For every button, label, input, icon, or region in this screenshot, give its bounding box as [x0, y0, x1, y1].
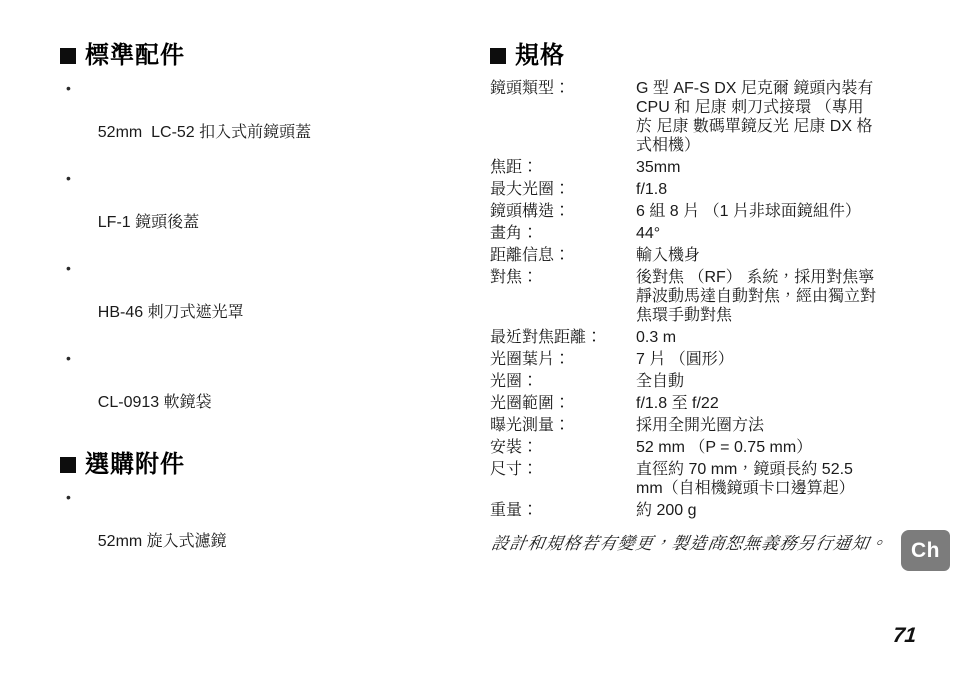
- accessories-column: 標準配件 • 52mm LC-52 扣入式前鏡頭蓋 • LF-1 鏡頭後蓋 • …: [60, 42, 460, 576]
- design-change-note: 設計和規格若有變更，製造商恕無義務另行通知。: [490, 533, 905, 554]
- section-heading: 選購附件: [60, 451, 460, 479]
- spec-label: 曝光測量：: [490, 416, 636, 435]
- section-heading: 標準配件: [60, 42, 460, 70]
- spec-label: 尺寸：: [490, 460, 636, 479]
- accessory-item-label: 52mm 旋入式濾鏡: [98, 533, 227, 550]
- spec-row: 對焦： 後對焦 （RF） 系統，採用對焦寧靜波動馬達自動對焦，經由獨立對焦環手動…: [490, 268, 902, 325]
- spec-row: 光圈範圍： f/1.8 至 f/22: [490, 394, 902, 413]
- spec-value: 約 200 g: [636, 501, 876, 520]
- page-number: 71: [892, 624, 935, 648]
- specs-title: 規格: [515, 42, 565, 70]
- spec-value: 35mm: [636, 158, 876, 177]
- section-square-icon: [490, 48, 506, 64]
- manual-page: 標準配件 • 52mm LC-52 扣入式前鏡頭蓋 • LF-1 鏡頭後蓋 • …: [0, 0, 954, 677]
- accessory-list: • 52mm 旋入式濾鏡: [60, 486, 460, 576]
- spec-label: 對焦：: [490, 268, 636, 287]
- spec-row: 鏡頭構造： 6 組 8 片 （1 片非球面鏡組件）: [490, 202, 902, 221]
- spec-row: 距離信息： 輸入機身: [490, 246, 902, 265]
- section-square-icon: [60, 457, 76, 473]
- spec-value: 全自動: [636, 372, 876, 391]
- spec-label: 畫角：: [490, 224, 636, 243]
- spec-value: 輸入機身: [636, 246, 876, 265]
- section-square-icon: [60, 48, 76, 64]
- spec-value: 6 組 8 片 （1 片非球面鏡組件）: [636, 202, 876, 221]
- bullet-icon: •: [66, 77, 71, 100]
- spec-label: 光圈葉片：: [490, 350, 636, 369]
- spec-value: 後對焦 （RF） 系統，採用對焦寧靜波動馬達自動對焦，經由獨立對焦環手動對焦: [636, 268, 876, 325]
- bullet-icon: •: [66, 257, 71, 280]
- accessory-section: 標準配件 • 52mm LC-52 扣入式前鏡頭蓋 • LF-1 鏡頭後蓋 • …: [60, 42, 460, 437]
- accessory-item: • 52mm 旋入式濾鏡: [66, 486, 460, 576]
- spec-label: 重量：: [490, 501, 636, 520]
- spec-value: f/1.8: [636, 180, 876, 199]
- spec-label: 焦距：: [490, 158, 636, 177]
- spec-value: 7 片 （圓形）: [636, 350, 876, 369]
- spec-label: 鏡頭構造：: [490, 202, 636, 221]
- specs-heading: 規格: [490, 42, 902, 70]
- accessory-item: • LF-1 鏡頭後蓋: [66, 167, 460, 257]
- accessory-item: • CL-0913 軟鏡袋: [66, 347, 460, 437]
- accessory-section: 選購附件 • 52mm 旋入式濾鏡: [60, 451, 460, 576]
- specs-column: 規格 鏡頭類型： G 型 AF-S DX 尼克爾 鏡頭內裝有 CPU 和 尼康 …: [490, 42, 902, 554]
- spec-value: 44°: [636, 224, 876, 243]
- spec-row: 重量： 約 200 g: [490, 501, 902, 520]
- accessory-item: • 52mm LC-52 扣入式前鏡頭蓋: [66, 77, 460, 167]
- spec-value: 直徑約 70 mm，鏡頭長約 52.5 mm（自相機鏡頭卡口邊算起）: [636, 460, 876, 498]
- spec-label: 距離信息：: [490, 246, 636, 265]
- bullet-icon: •: [66, 486, 71, 509]
- accessory-list: • 52mm LC-52 扣入式前鏡頭蓋 • LF-1 鏡頭後蓋 • HB-46…: [60, 77, 460, 437]
- spec-label: 光圈範圍：: [490, 394, 636, 413]
- accessory-item: • HB-46 刺刀式遮光罩: [66, 257, 460, 347]
- spec-row: 光圈： 全自動: [490, 372, 902, 391]
- spec-row: 畫角： 44°: [490, 224, 902, 243]
- bullet-icon: •: [66, 167, 71, 190]
- spec-value: G 型 AF-S DX 尼克爾 鏡頭內裝有 CPU 和 尼康 刺刀式接環 （專用…: [636, 79, 876, 155]
- spec-table: 鏡頭類型： G 型 AF-S DX 尼克爾 鏡頭內裝有 CPU 和 尼康 刺刀式…: [490, 79, 902, 520]
- spec-label: 光圈：: [490, 372, 636, 391]
- accessory-item-label: LF-1 鏡頭後蓋: [98, 214, 199, 231]
- accessory-item-label: 52mm LC-52 扣入式前鏡頭蓋: [98, 124, 311, 141]
- spec-value: 採用全開光圈方法: [636, 416, 876, 435]
- language-tab-ch: Ch: [901, 530, 950, 571]
- spec-row: 最大光圈： f/1.8: [490, 180, 902, 199]
- spec-row: 安裝： 52 mm （P = 0.75 mm）: [490, 438, 902, 457]
- spec-row: 尺寸： 直徑約 70 mm，鏡頭長約 52.5 mm（自相機鏡頭卡口邊算起）: [490, 460, 902, 498]
- accessory-item-label: CL-0913 軟鏡袋: [98, 394, 212, 411]
- accessory-item-label: HB-46 刺刀式遮光罩: [98, 304, 244, 321]
- spec-value: 0.3 m: [636, 328, 876, 347]
- spec-label: 最大光圈：: [490, 180, 636, 199]
- spec-label: 安裝：: [490, 438, 636, 457]
- spec-label: 鏡頭類型：: [490, 79, 636, 98]
- section-title: 選購附件: [85, 451, 185, 479]
- bullet-icon: •: [66, 347, 71, 370]
- section-title: 標準配件: [85, 42, 185, 70]
- spec-row: 焦距： 35mm: [490, 158, 902, 177]
- spec-value: 52 mm （P = 0.75 mm）: [636, 438, 876, 457]
- spec-row: 鏡頭類型： G 型 AF-S DX 尼克爾 鏡頭內裝有 CPU 和 尼康 刺刀式…: [490, 79, 902, 155]
- spec-row: 曝光測量： 採用全開光圈方法: [490, 416, 902, 435]
- spec-row: 最近對焦距離： 0.3 m: [490, 328, 902, 347]
- spec-value: f/1.8 至 f/22: [636, 394, 876, 413]
- spec-row: 光圈葉片： 7 片 （圓形）: [490, 350, 902, 369]
- spec-label: 最近對焦距離：: [490, 328, 636, 347]
